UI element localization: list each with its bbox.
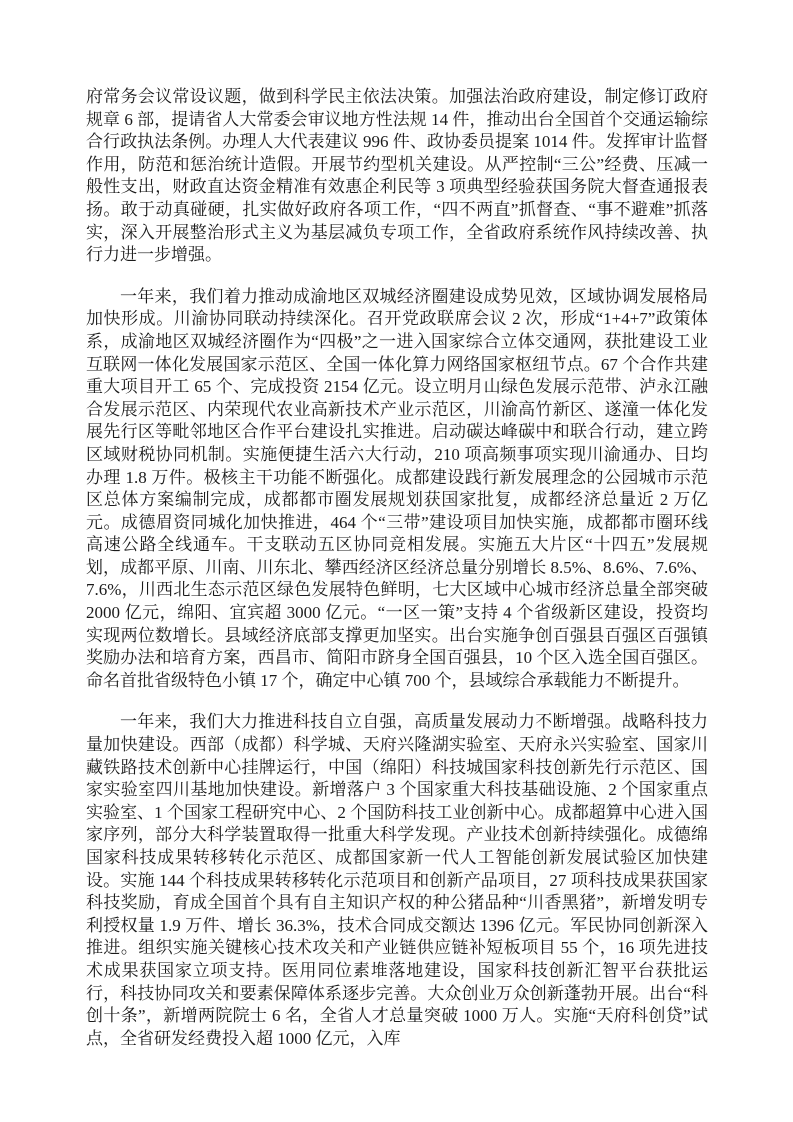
paragraph-science-technology-self-reliance: 一年来，我们大力推进科技自立自强，高质量发展动力不断增强。战略科技力量加快建设。… xyxy=(86,711,708,1050)
paragraph-government-self-building: 府常务会议常设议题，做到科学民主依法决策。加强法治政府建设，制定修订政府规章 6… xyxy=(86,86,708,267)
report-text-block: 府常务会议常设议题，做到科学民主依法决策。加强法治政府建设，制定修订政府规章 6… xyxy=(86,86,708,1050)
paragraph-chengyu-twin-city-economic-circle: 一年来，我们着力推动成渝地区双城经济圈建设成势见效，区域协调发展格局加快形成。川… xyxy=(86,286,708,693)
document-page: 府常务会议常设议题，做到科学民主依法决策。加强法治政府建设，制定修订政府规章 6… xyxy=(0,0,793,1122)
